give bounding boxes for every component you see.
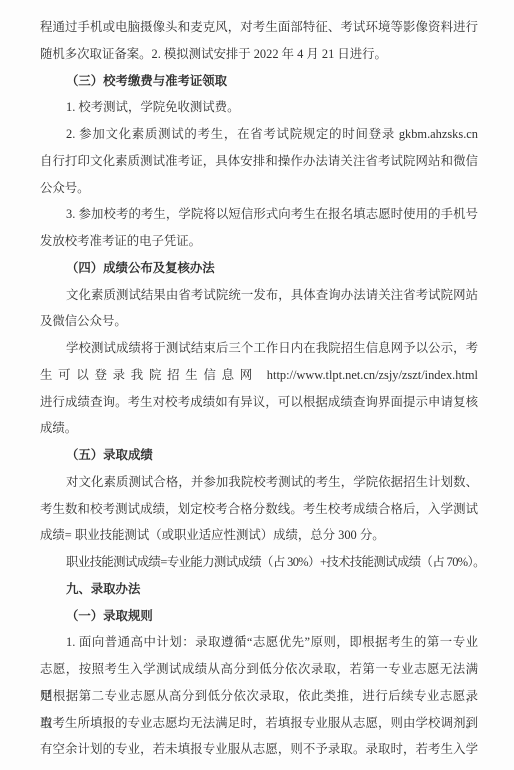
text-line: 及微信公众号。 — [40, 308, 478, 335]
text-line: 公众号。 — [40, 175, 478, 202]
section-heading: （一）录取规则 — [40, 603, 478, 630]
text-line: 学校测试成绩将于测试结束后三个工作日内在我院招生信息网予以公示，考 — [40, 335, 478, 362]
document-page: 程通过手机或电脑摄像头和麦克风，对考生面部特征、考试环境等影像资料进行随机多次取… — [0, 0, 514, 770]
text-line: 2. 参加文化素质测试的考生，在省考试院规定的时间登录 gkbm.ahzsks.… — [40, 121, 478, 148]
text-line: 自行打印文化素质测试准考证，具体安排和操作办法请关注省考试院网站和微信 — [40, 148, 478, 175]
section-heading: （四）成绩公布及复核办法 — [40, 255, 478, 282]
text-line: 考生数和校考测试成绩，划定校考合格分数线。考生校考成绩合格后，入学测试 — [40, 496, 478, 523]
text-line: 有空余计划的专业，若未填报专业服从志愿，则不予录取。录取时，若考生入学 — [40, 736, 478, 763]
text-line: 职业技能测试成绩=专业能力测试成绩（占 30%）+技术技能测试成绩（占 70%）… — [40, 549, 478, 576]
text-line: 当考生所填报的专业志愿均无法满足时，若填报专业服从志愿，则由学校调剂到 — [40, 710, 478, 737]
text-line: 随机多次取证备案。2. 模拟测试安排于 2022 年 4 月 21 日进行。 — [40, 41, 478, 68]
text-line: 成绩。 — [40, 415, 478, 442]
text-line: 1. 校考测试，学院免收测试费。 — [40, 94, 478, 121]
text-line: 生可以登录我院招生信息网 http://www.tlpt.net.cn/zsjy… — [40, 362, 478, 389]
text-line: 对文化素质测试合格，并参加我院校考测试的考生，学院依据招生计划数、 — [40, 469, 478, 496]
text-line: 文化素质测试结果由省考试院统一发布，具体查询办法请关注省考试院网站 — [40, 282, 478, 309]
text-line: 3. 参加校考的考生，学院将以短信形式向考生在报名填志愿时使用的手机号 — [40, 201, 478, 228]
section-heading: （三）校考缴费与准考证领取 — [40, 68, 478, 95]
document-text-block: 程通过手机或电脑摄像头和麦克风，对考生面部特征、考试环境等影像资料进行随机多次取… — [40, 14, 478, 763]
text-line: 发放校考准考证的电子凭证。 — [40, 228, 478, 255]
text-line: 程通过手机或电脑摄像头和麦克风，对考生面部特征、考试环境等影像资料进行 — [40, 14, 478, 41]
text-line: 进行成绩查询。考生对校考成绩如有异议，可以根据成绩查询界面提示申请复核 — [40, 389, 478, 416]
section-heading: （五）录取成绩 — [40, 442, 478, 469]
text-line: 1. 面向普通高中计划：录取遵循“志愿优先”原则，即根据考生的第一专业 — [40, 629, 478, 656]
text-line: 志愿，按照考生入学测试成绩从高分到低分依次录取，若第一专业志愿无法满足， — [40, 656, 478, 683]
text-line: 则根据第二专业志愿从高分到低分依次录取，依此类推，进行后续专业志愿录取。 — [40, 683, 478, 710]
text-line: 成绩= 职业技能测试（或职业适应性测试）成绩，总分 300 分。 — [40, 522, 478, 549]
section-heading: 九、录取办法 — [40, 576, 478, 603]
